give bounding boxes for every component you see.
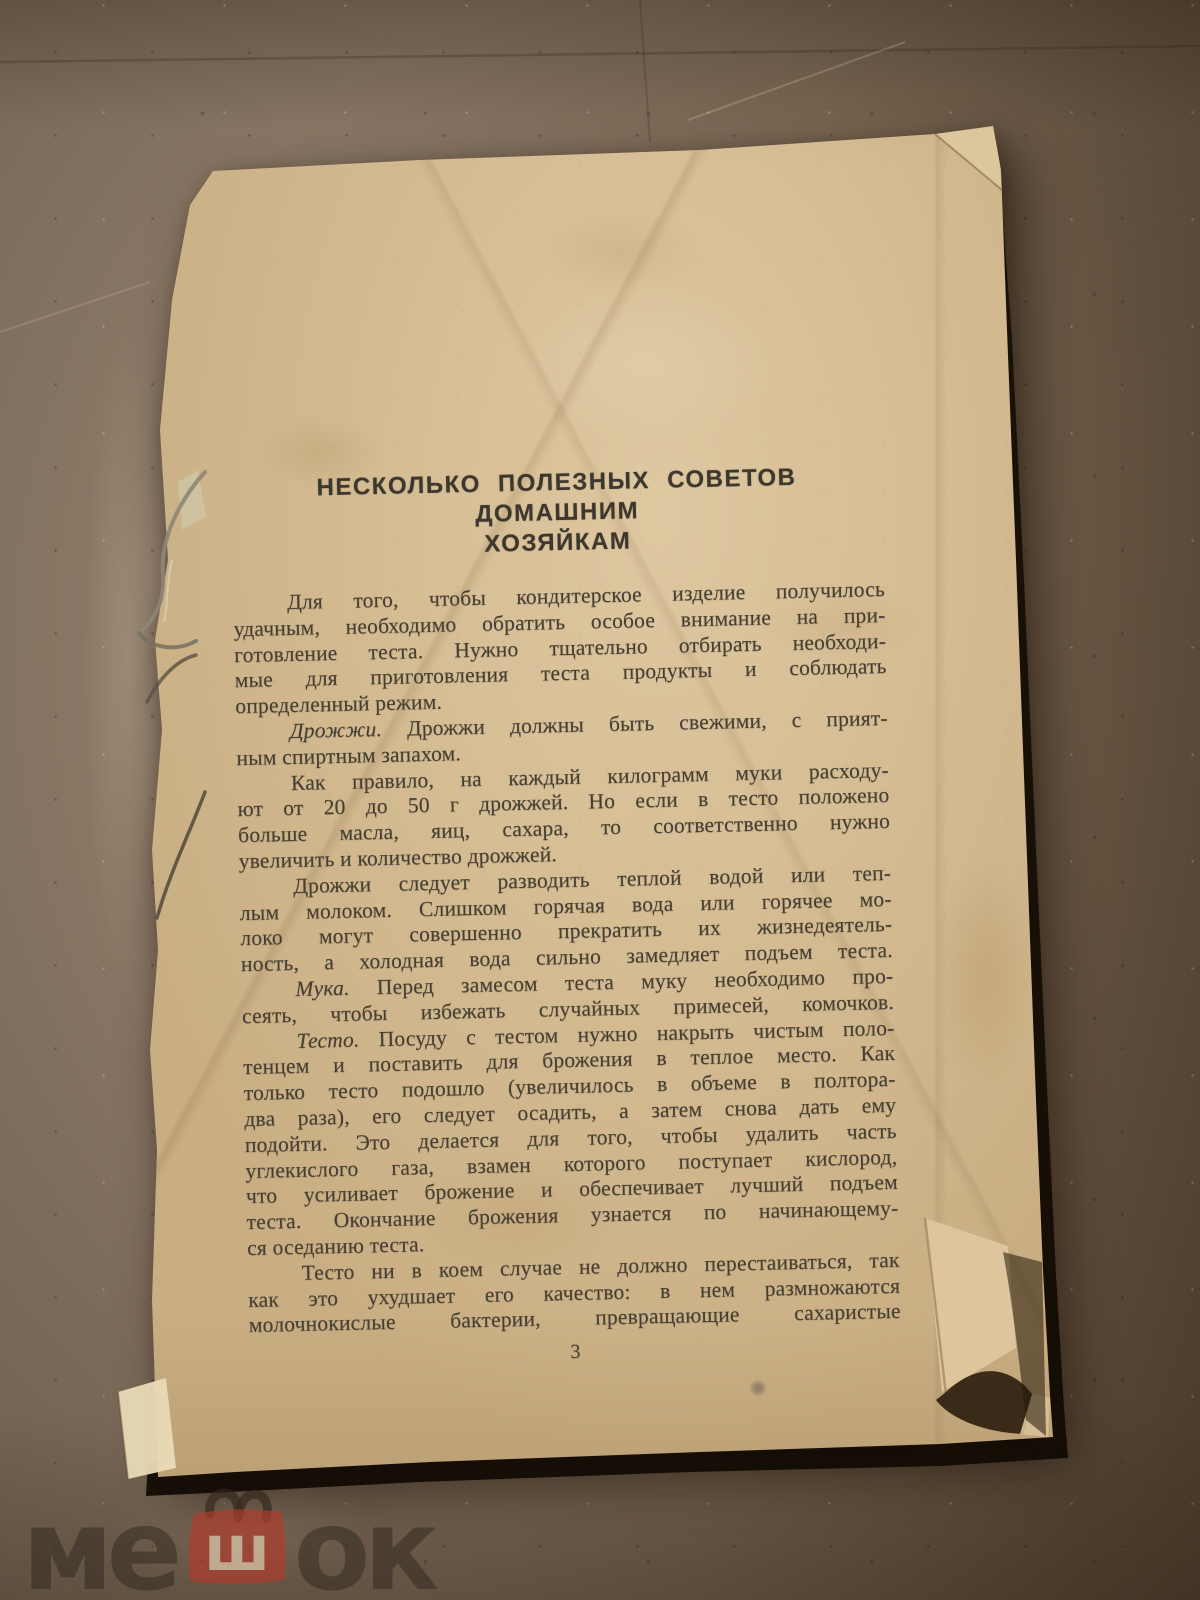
page-title: НЕСКОЛЬКО ПОЛЕЗНЫХ СОВЕТОВ ДОМАШНИМ ХОЗЯ…: [230, 461, 884, 565]
watermark-bag-letter: ш: [204, 1512, 270, 1585]
shopping-bag-icon: ш: [182, 1484, 292, 1586]
watermark-text-left: ме: [22, 1517, 176, 1586]
printed-content: НЕСКОЛЬКО ПОЛЕЗНЫХ СОВЕТОВ ДОМАШНИМ ХОЗЯ…: [230, 461, 901, 1371]
photo-of-book-page: НЕСКОЛЬКО ПОЛЕЗНЫХ СОВЕТОВ ДОМАШНИМ ХОЗЯ…: [0, 0, 1200, 1600]
meshok-watermark: ме ш ок: [22, 1474, 432, 1586]
watermark-text-right: ок: [294, 1517, 433, 1586]
page-body: Для того, чтобы кондитерское изделие пол…: [233, 577, 901, 1339]
book-page: НЕСКОЛЬКО ПОЛЕЗНЫХ СОВЕТОВ ДОМАШНИМ ХОЗЯ…: [0, 0, 1200, 1600]
